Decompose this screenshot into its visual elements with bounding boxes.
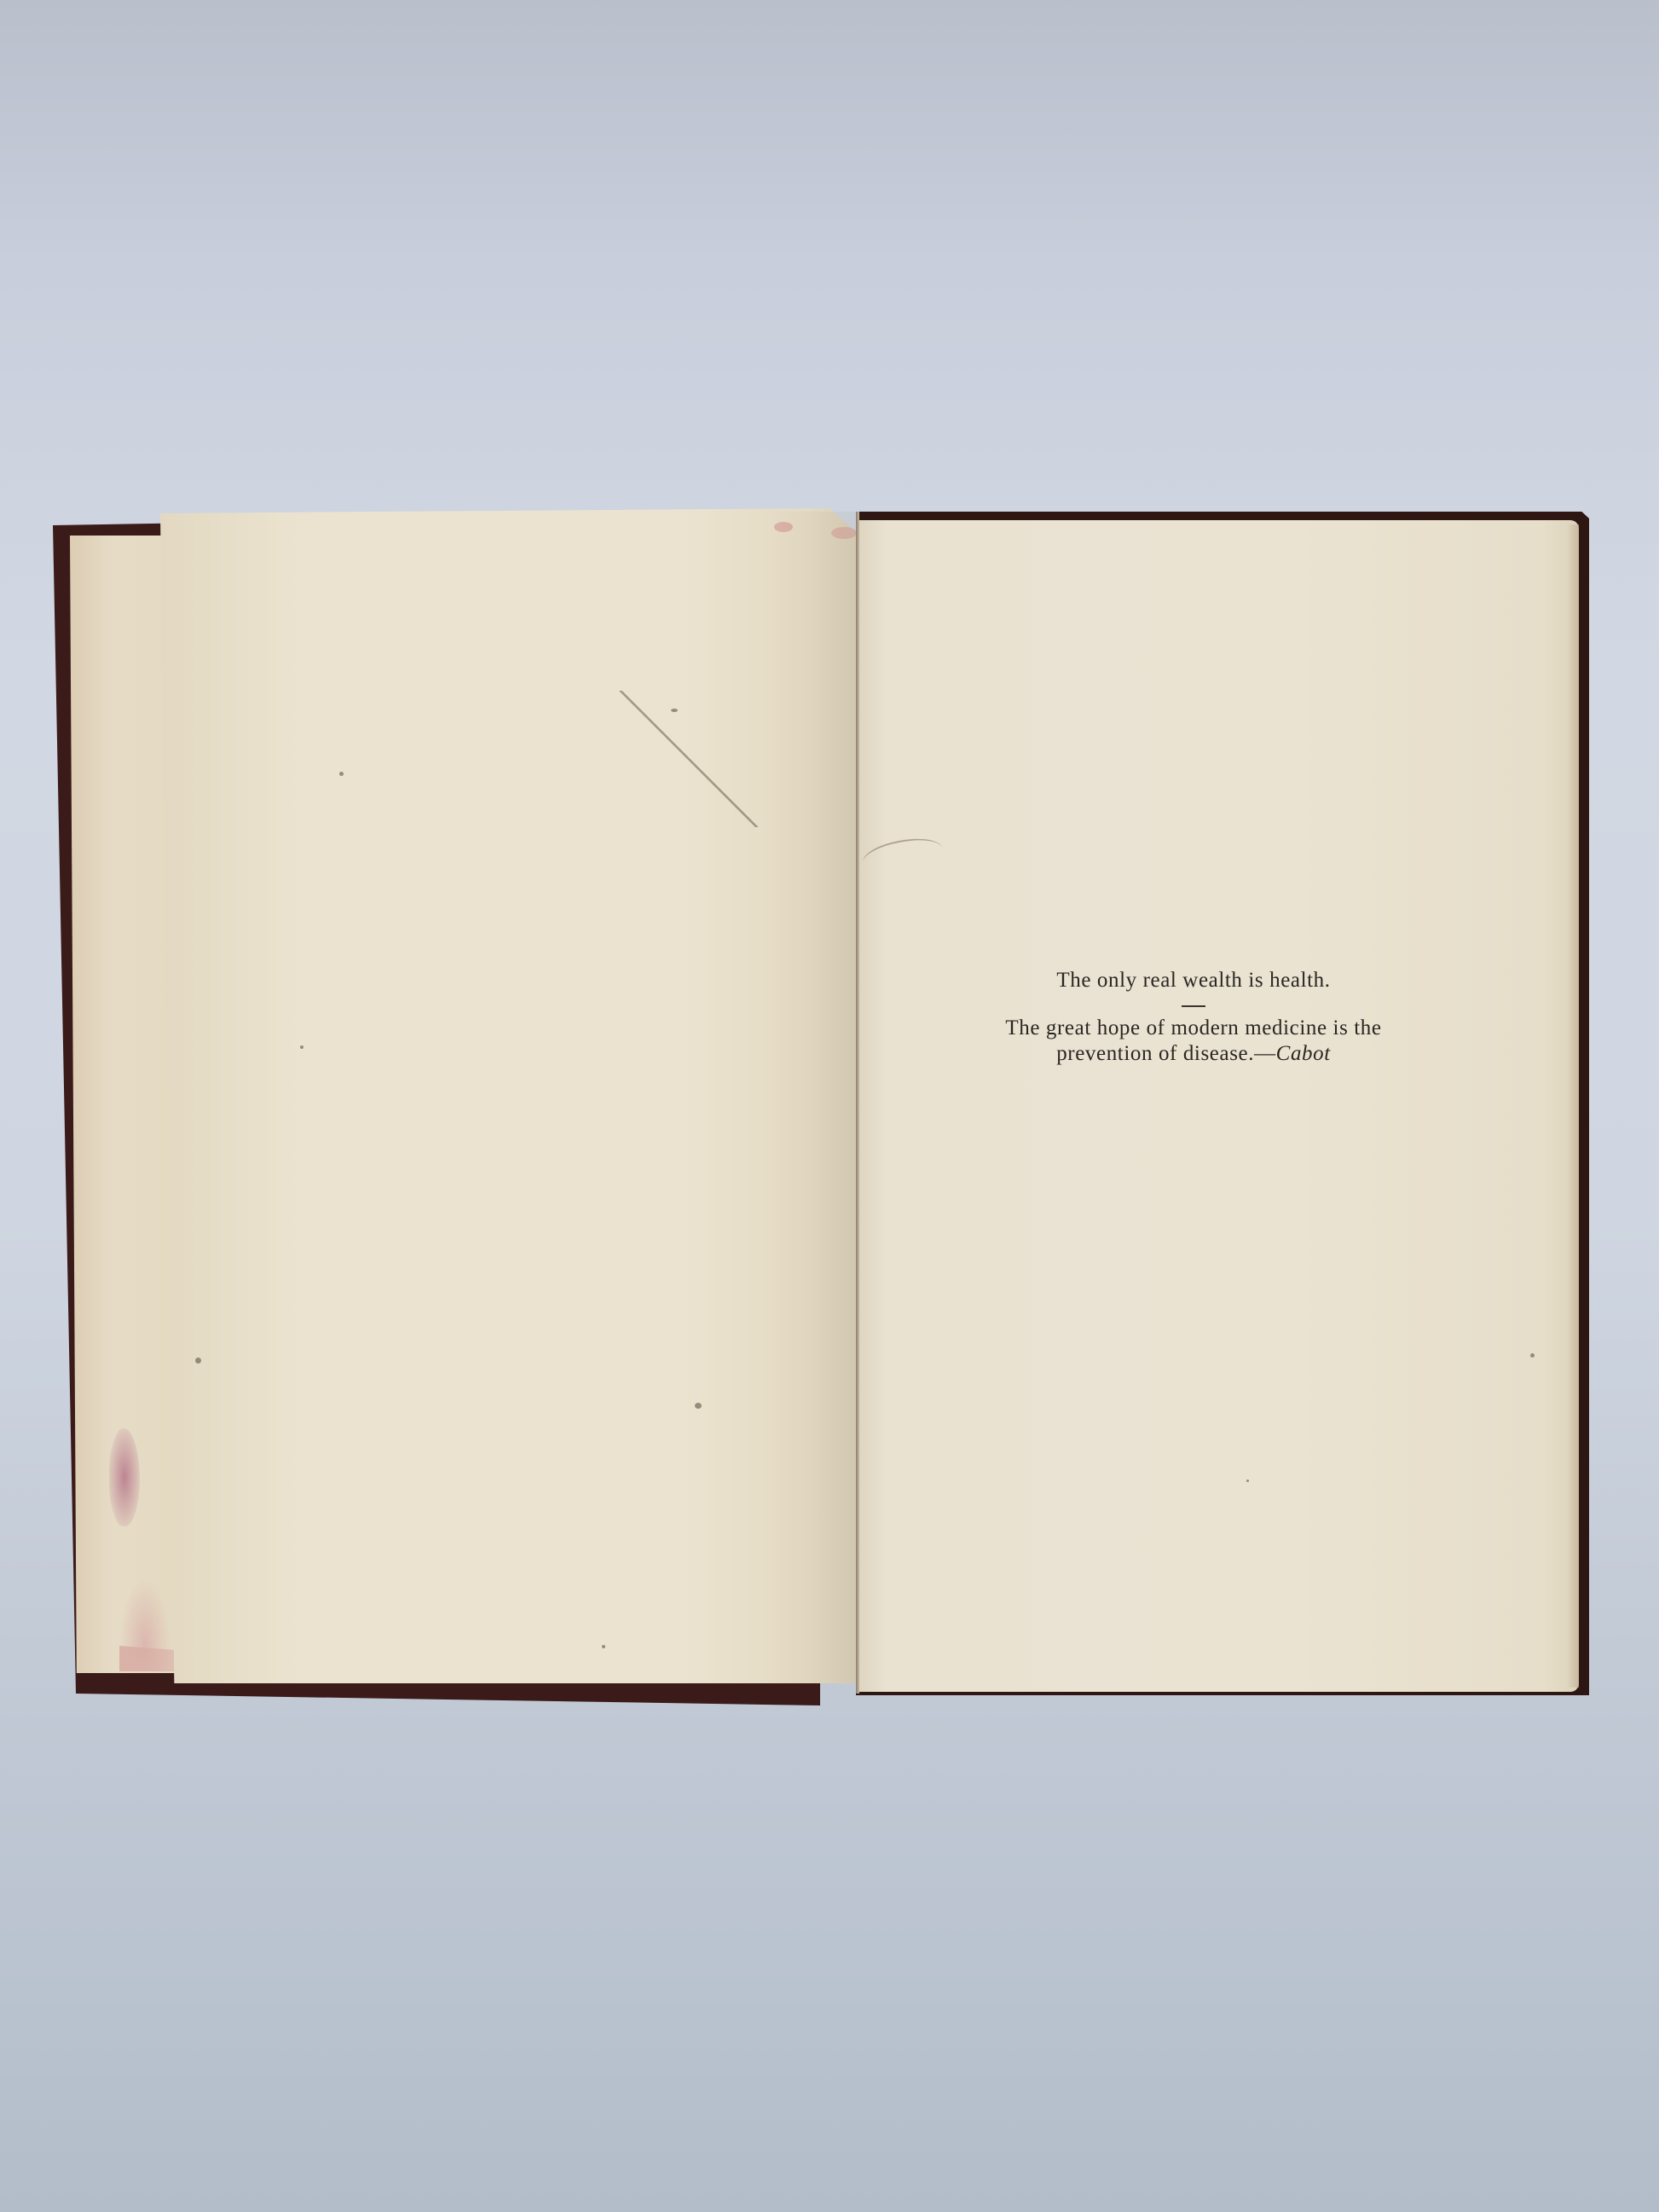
quote-author: Cabot	[1276, 1042, 1331, 1065]
page-left-gutter-shade	[767, 512, 858, 1683]
paper-speck	[695, 1403, 702, 1409]
photo-scene: The only real wealth is health. The grea…	[0, 0, 1659, 2212]
page-right	[858, 520, 1579, 1692]
paper-speck	[339, 772, 344, 776]
paper-speck	[195, 1358, 201, 1364]
quote-medicine-line-1: The great hope of modern medicine is the	[938, 1016, 1449, 1041]
quote-separator	[1182, 1005, 1205, 1007]
paper-speck	[671, 709, 678, 712]
endpaper-stain	[109, 1428, 140, 1526]
quote-medicine-text: prevention of disease.—	[1056, 1042, 1275, 1065]
quote-medicine-line-2: prevention of disease.—Cabot	[938, 1041, 1449, 1067]
epigraph: The only real wealth is health. The grea…	[938, 968, 1449, 1067]
paper-speck	[1530, 1353, 1535, 1358]
paper-speck	[602, 1645, 605, 1648]
paper-speck	[1246, 1479, 1249, 1482]
page-left-flyleaf	[160, 508, 858, 1683]
flyleaf-stain-dot	[831, 527, 857, 539]
quote-health: The only real wealth is health.	[938, 968, 1449, 993]
page-right-fore-edge	[1567, 524, 1579, 1688]
book-gutter	[856, 512, 859, 1694]
flyleaf-stain-dot	[774, 522, 793, 532]
paper-speck	[300, 1045, 303, 1049]
flyleaf-crease	[612, 691, 766, 827]
